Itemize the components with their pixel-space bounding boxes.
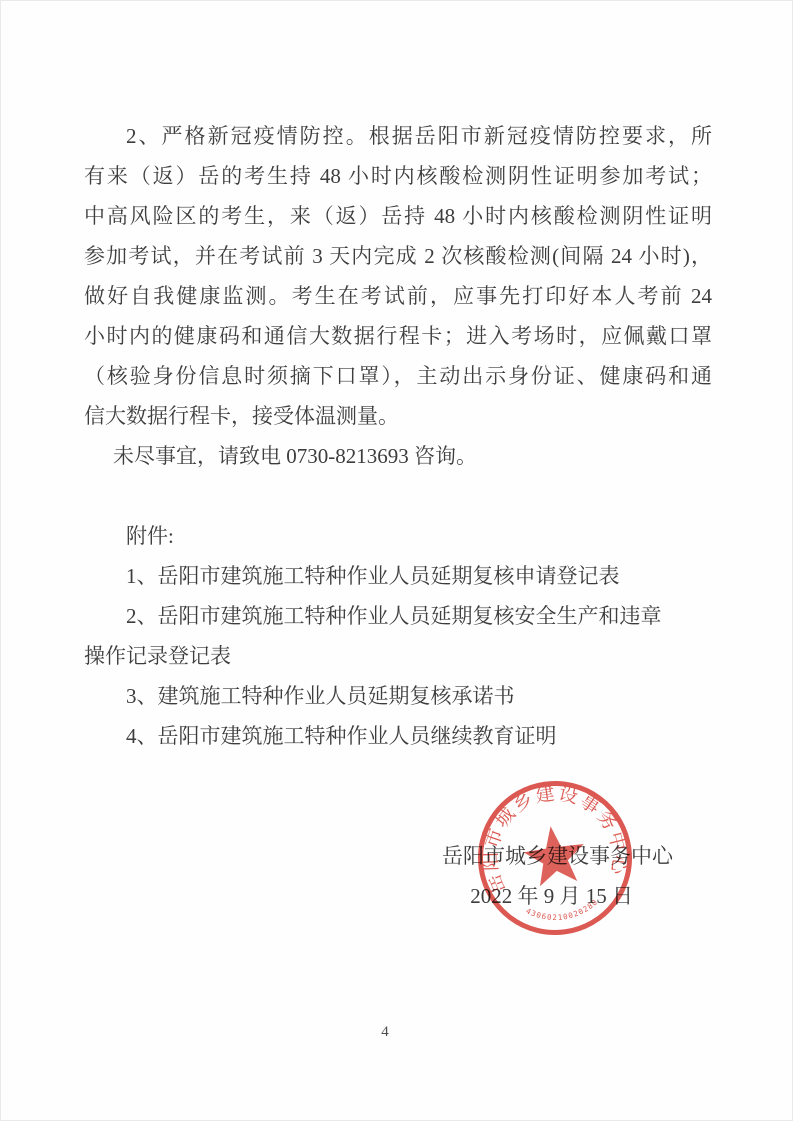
official-seal: 岳阳市城乡建设事务中心 43060210020280 bbox=[465, 768, 646, 949]
paragraph-line: 中高风险区的考生，来（返）岳持 48 小时内核酸检测阴性证明 bbox=[84, 196, 712, 236]
attachment-item: 2、岳阳市建筑施工特种作业人员延期复核安全生产和违章 bbox=[84, 596, 712, 636]
attachment-item: 3、建筑施工特种作业人员延期复核承诺书 bbox=[84, 676, 712, 716]
attachments-label: 附件: bbox=[84, 516, 712, 556]
paragraph-line: 2、严格新冠疫情防控。根据岳阳市新冠疫情防控要求，所 bbox=[84, 116, 712, 156]
page-number: 4 bbox=[0, 1024, 770, 1041]
paragraph-line: 小时内的健康码和通信大数据行程卡；进入考场时，应佩戴口罩 bbox=[84, 316, 712, 356]
spacer bbox=[84, 476, 712, 516]
seal-star-icon bbox=[520, 822, 588, 888]
paragraph-line: 信大数据行程卡，接受体温测量。 bbox=[84, 396, 712, 436]
phone-line: 未尽事宜，请致电 0730-8213693 咨询。 bbox=[84, 436, 712, 476]
paragraph-line: 做好自我健康监测。考生在考试前，应事先打印好本人考前 24 bbox=[84, 276, 712, 316]
paragraph-line: 有来（返）岳的考生持 48 小时内核酸检测阴性证明参加考试； bbox=[84, 156, 712, 196]
attachment-item: 1、岳阳市建筑施工特种作业人员延期复核申请登记表 bbox=[84, 556, 712, 596]
paragraph-line: （核验身份信息时须摘下口罩），主动出示身份证、健康码和通 bbox=[84, 356, 712, 396]
document-page: 2、严格新冠疫情防控。根据岳阳市新冠疫情防控要求，所 有来（返）岳的考生持 48… bbox=[0, 0, 793, 1121]
attachment-item-continuation: 操作记录登记表 bbox=[84, 636, 712, 676]
paragraph-line: 参加考试，并在考试前 3 天内完成 2 次核酸检测(间隔 24 小时)， bbox=[84, 236, 712, 276]
attachment-item: 4、岳阳市建筑施工特种作业人员继续教育证明 bbox=[84, 716, 712, 756]
